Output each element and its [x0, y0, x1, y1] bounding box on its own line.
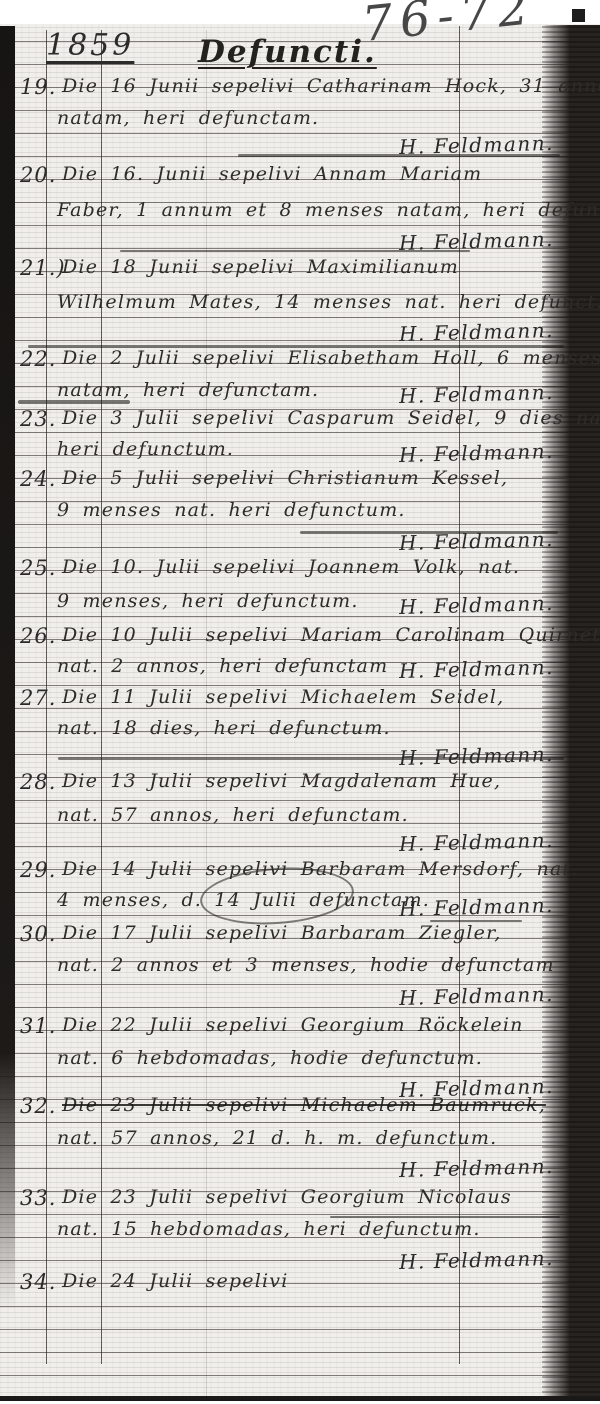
priest-signature: H. Feldmann. [399, 655, 555, 683]
entry-text-line-1: Die 22 Julii sepelivi Georgium Röckelein [62, 1014, 524, 1036]
entry-text-line-1: Die 23 Julii sepelivi Georgium Nicolaus [62, 1186, 512, 1208]
entry-text-line-1: Die 14 Julii sepelivi Barbaram Mersdorf,… [62, 858, 579, 880]
entry-text-line-1: Die 3 Julii sepelivi Casparum Seidel, 9 … [62, 407, 600, 429]
entry-number: 34. [20, 1270, 56, 1294]
entry-text-line-2: 9 menses, heri defunctum. [57, 590, 359, 612]
entry-text-line-1: Die 16 Junii sepelivi Catharinam Hock, 3… [62, 75, 600, 97]
entry-text-line-2: natam, heri defunctam. [57, 379, 319, 401]
entry-text-line-1: Die 5 Julii sepelivi Christianum Kessel, [62, 467, 508, 489]
entry-number: 31. [20, 1014, 56, 1038]
priest-signature: H. Feldmann. [399, 227, 555, 255]
entry-text-line-1: Die 13 Julii sepelivi Magdalenam Hue, [62, 770, 501, 792]
entry-text-line-2: nat. 18 dies, heri defunctum. [57, 717, 391, 739]
entry-number: 25. [20, 556, 56, 580]
entry-text-line-1: Die 10. Julii sepelivi Joannem Volk, nat… [62, 556, 520, 578]
entry-text-line-2: nat. 2 annos et 3 menses, hodie defuncta… [57, 954, 555, 976]
entry-text-line-2: nat. 6 hebdomadas, hodie defunctum. [57, 1047, 483, 1069]
entry-number: 28. [20, 770, 56, 794]
entry-number: 20. [20, 163, 56, 187]
priest-signature: H. Feldmann. [399, 527, 555, 555]
priest-signature: H. Feldmann. [399, 742, 555, 770]
entry-text-line-2: nat. 57 annos, heri defunctam. [57, 804, 409, 826]
entry-number: 33. [20, 1186, 56, 1210]
entry-text-line-1: Die 17 Julii sepelivi Barbaram Ziegler, [62, 922, 502, 944]
entry-text-line-2: nat. 57 annos, 21 d. h. m. defunctum. [57, 1127, 497, 1149]
entry-text-line-1: Die 24 Julii sepelivi [62, 1270, 289, 1292]
entry-number: 26. [20, 624, 56, 648]
entry-text-line-2: heri defunctum. [57, 438, 234, 460]
entry-text-line-2: 9 menses nat. heri defunctum. [57, 499, 406, 521]
entry-text-line-2: nat. 2 annos, heri defunctam [57, 655, 388, 677]
entry-text-line-1: Die 10 Julii sepelivi Mariam Carolinam Q… [62, 624, 600, 646]
priest-signature: H. Feldmann. [399, 893, 555, 921]
priest-signature: H. Feldmann. [399, 982, 555, 1010]
priest-signature: H. Feldmann. [399, 318, 555, 346]
entry-number: 27. [20, 686, 56, 710]
entry-number: 24. [20, 467, 56, 491]
entry-number: 19. [20, 75, 56, 99]
entry-number: 32. [20, 1094, 56, 1118]
entry-text-line-2: natam, heri defunctam. [57, 107, 319, 129]
entry-number: 30. [20, 922, 56, 946]
entry-number: 29. [20, 858, 56, 882]
entry-number: 21.) [20, 256, 66, 280]
entry-number: 23. [20, 407, 56, 431]
entry-number: 22. [20, 347, 56, 371]
scanned-register-page: { "document": { "corner_note": "76-72", … [0, 0, 600, 1404]
entry-text-line-1: Die 11 Julii sepelivi Michaelem Seidel, [62, 686, 504, 708]
priest-signature: H. Feldmann. [399, 1246, 555, 1274]
priest-signature: H. Feldmann. [399, 131, 555, 159]
priest-signature: H. Feldmann. [399, 380, 555, 408]
entry-text-line-2: 4 menses, d. 14 Julii defunctam. [57, 889, 430, 911]
priest-signature: H. Feldmann. [399, 828, 555, 856]
entry-text-line-1: Die 2 Julii sepelivi Elisabetham Holl, 6… [62, 347, 600, 369]
entry-text-line-2: Faber, 1 annum et 8 menses natam, heri d… [57, 199, 600, 221]
priest-signature: H. Feldmann. [399, 439, 555, 467]
priest-signature: H. Feldmann. [399, 591, 555, 619]
entry-text-line-1: Die 23 Julii sepelivi Michaelem Baumruck… [62, 1094, 546, 1116]
entry-text-line-2: nat. 15 hebdomadas, heri defunctum. [57, 1218, 481, 1240]
entry-text-line-1: Die 18 Junii sepelivi Maximilianum [62, 256, 459, 278]
priest-signature: H. Feldmann. [399, 1154, 555, 1182]
entry-list: 19. Die 16 Junii sepelivi Catharinam Hoc… [0, 0, 600, 1404]
entry-text-line-2: Wilhelmum Mates, 14 menses nat. heri def… [57, 291, 600, 313]
entry-text-line-1: Die 16. Junii sepelivi Annam Mariam [62, 163, 482, 185]
